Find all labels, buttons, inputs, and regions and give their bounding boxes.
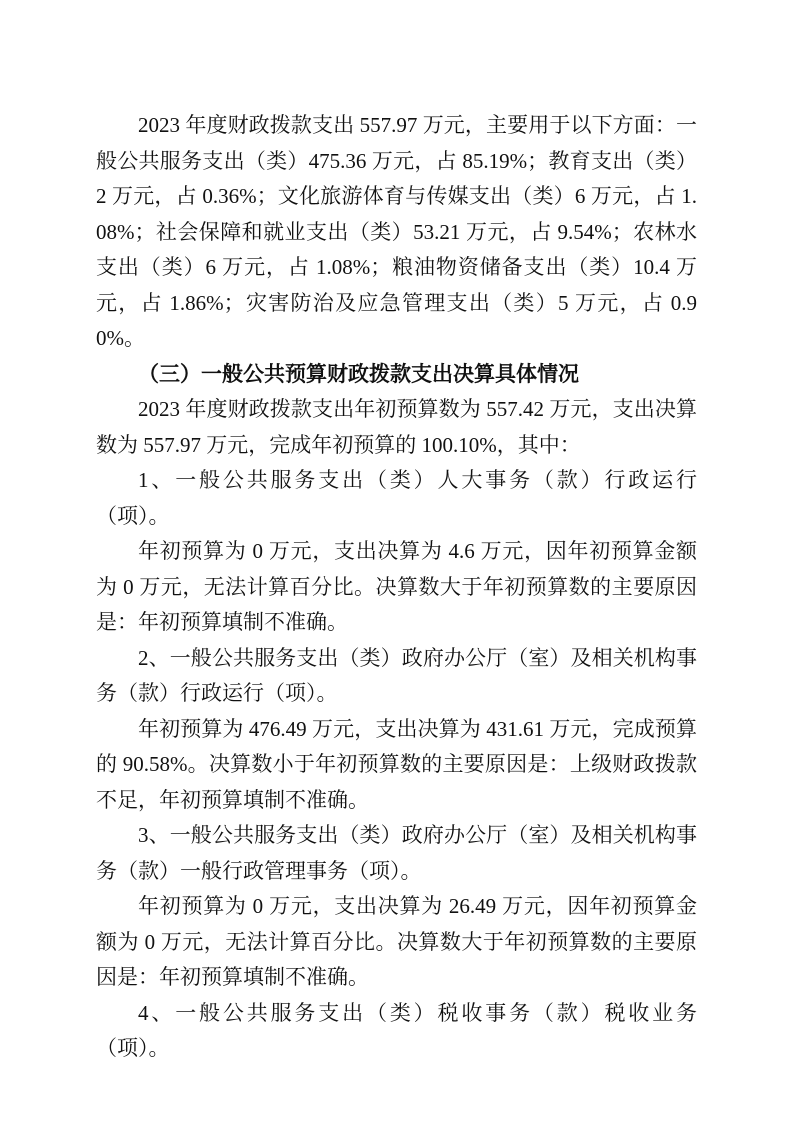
paragraph-budget-vs-final-summary: 2023 年度财政拨款支出年初预算数为 557.42 万元，支出决算数为 557… xyxy=(96,392,697,463)
document-page: 2023 年度财政拨款支出 557.97 万元，主要用于以下方面：一般公共服务支… xyxy=(0,0,793,1122)
paragraph-item-3-title: 3、一般公共服务支出（类）政府办公厅（室）及相关机构事务（款）一般行政管理事务（… xyxy=(96,818,697,889)
paragraph-item-2-title: 2、一般公共服务支出（类）政府办公厅（室）及相关机构事务（款）行政运行（项）。 xyxy=(96,641,697,712)
paragraph-item-3-detail: 年初预算为 0 万元，支出决算为 26.49 万元，因年初预算金额为 0 万元，… xyxy=(96,889,697,996)
paragraph-item-1-detail: 年初预算为 0 万元，支出决算为 4.6 万元，因年初预算金额为 0 万元，无法… xyxy=(96,534,697,641)
section-heading-general-budget-expenditure-details: （三）一般公共预算财政拨款支出决算具体情况 xyxy=(96,357,697,393)
paragraph-item-1-title: 1、一般公共服务支出（类）人大事务（款）行政运行（项）。 xyxy=(96,463,697,534)
document-text-block: 2023 年度财政拨款支出 557.97 万元，主要用于以下方面：一般公共服务支… xyxy=(96,108,697,1067)
paragraph-item-2-detail: 年初预算为 476.49 万元，支出决算为 431.61 万元，完成预算的 90… xyxy=(96,712,697,819)
paragraph-expenditure-overview: 2023 年度财政拨款支出 557.97 万元，主要用于以下方面：一般公共服务支… xyxy=(96,108,697,357)
paragraph-item-4-title: 4、一般公共服务支出（类）税收事务（款）税收业务（项）。 xyxy=(96,996,697,1067)
